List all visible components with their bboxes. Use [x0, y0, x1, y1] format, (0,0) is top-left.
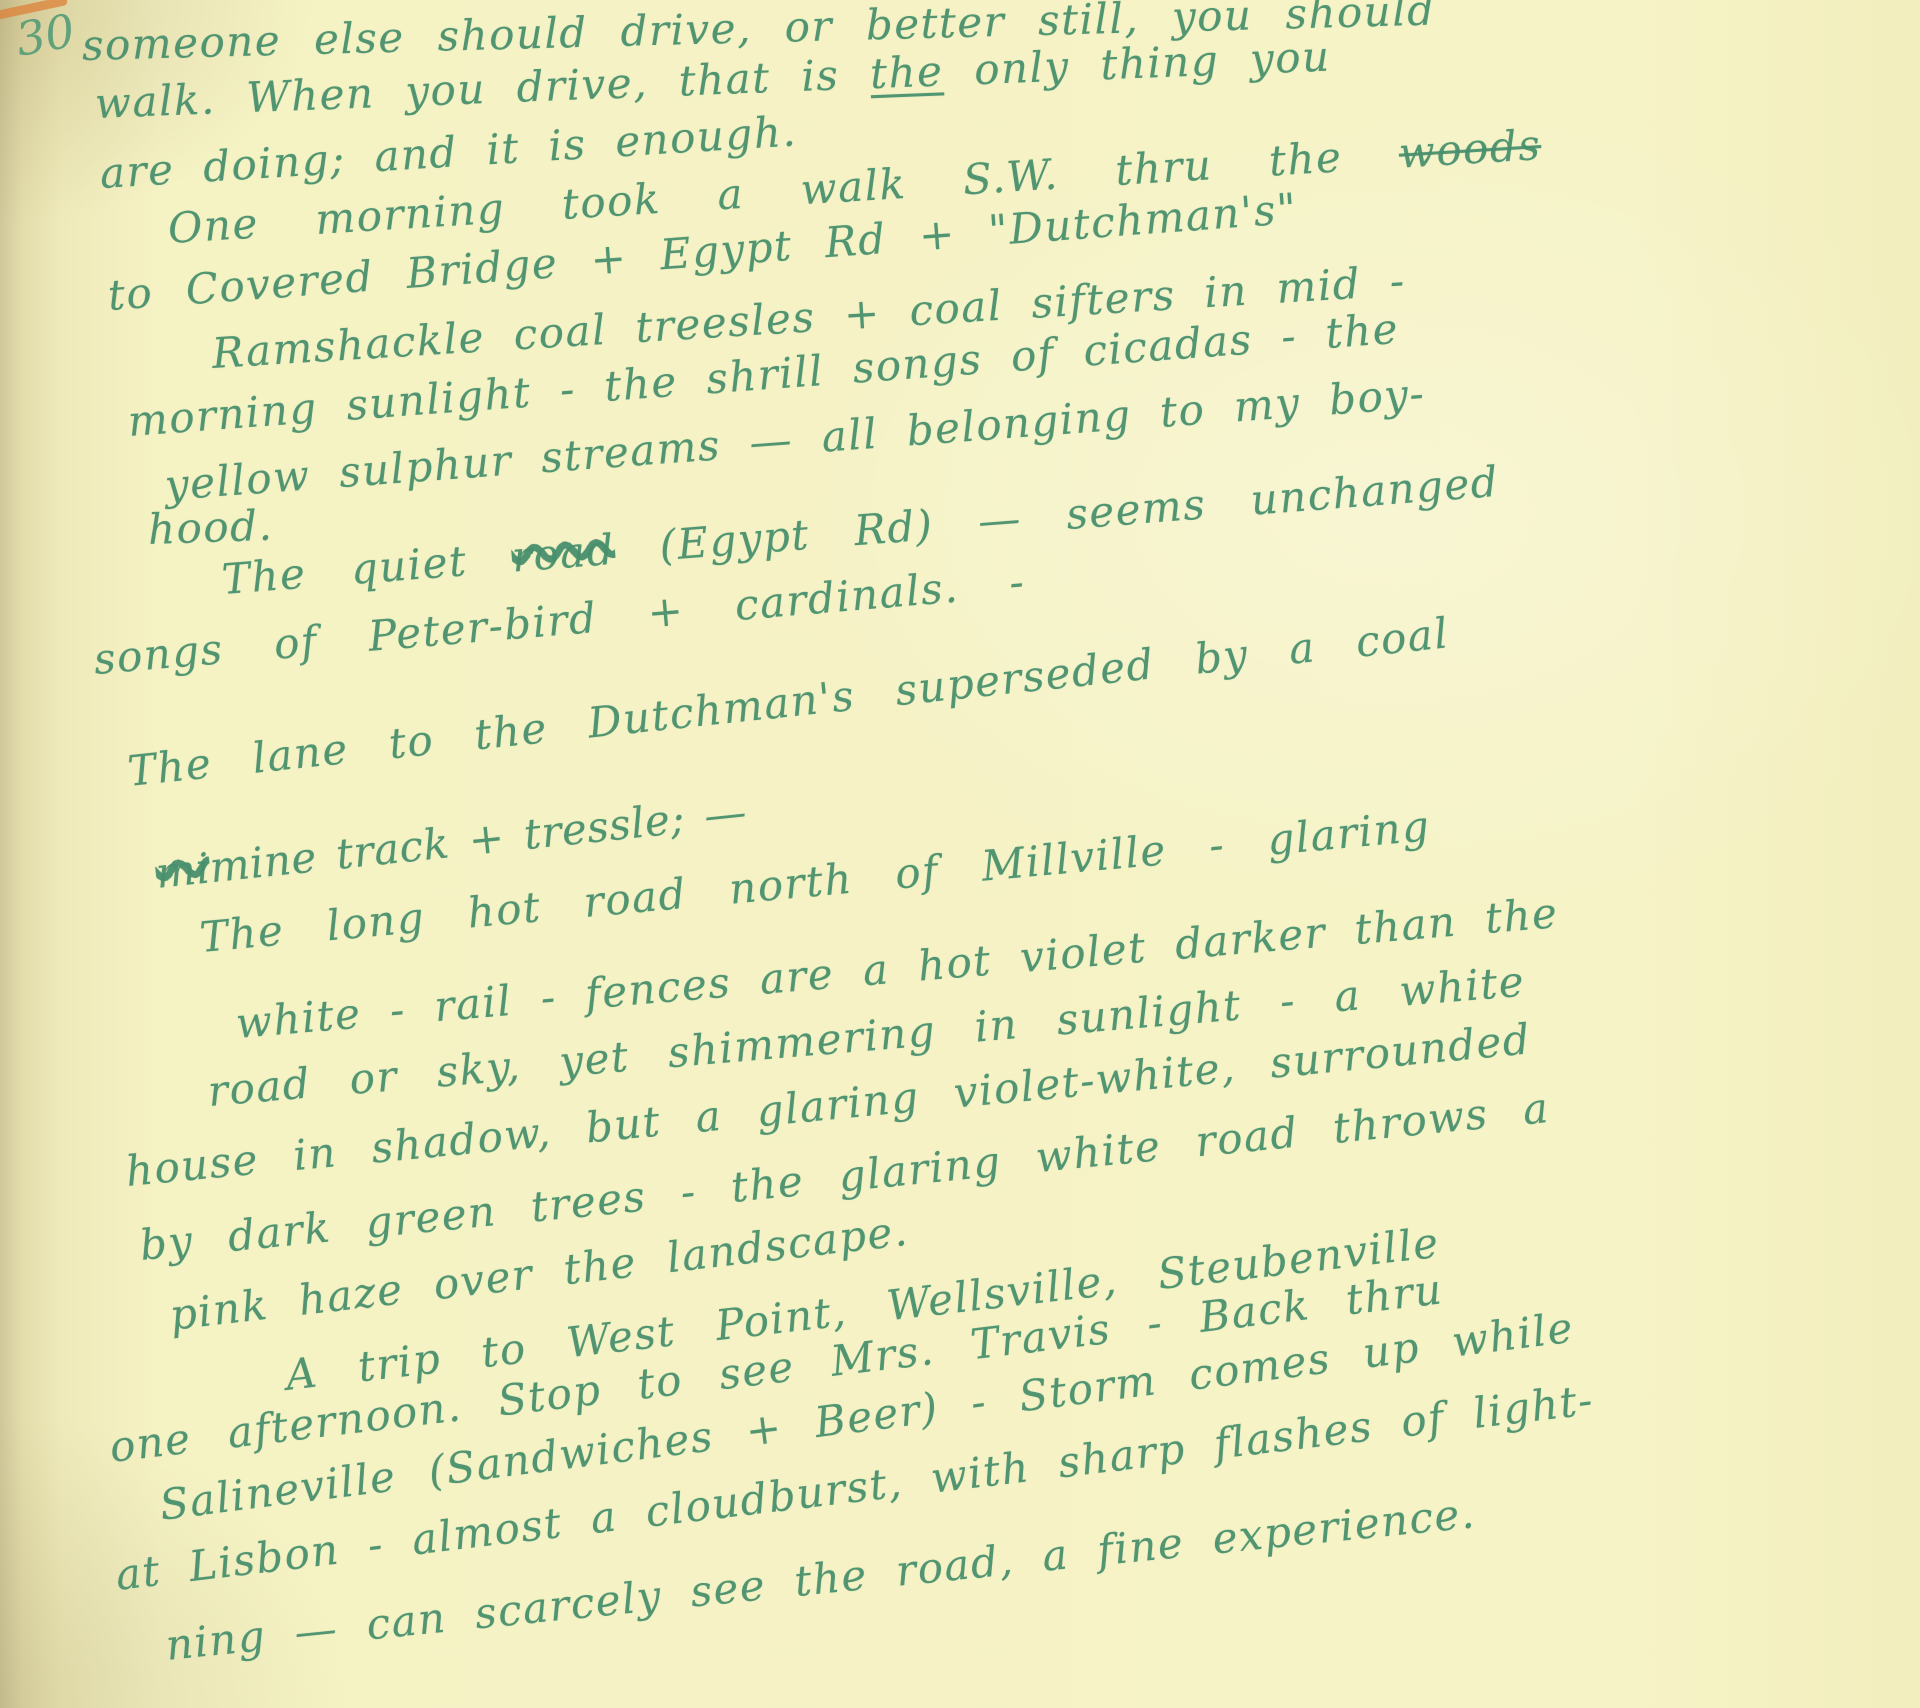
line-text: (Egypt Rd) — seems unchanged — [613, 457, 1501, 574]
journal-page: 30 someone else should drive, or better … — [0, 0, 1920, 1708]
underlined-word: the — [869, 46, 944, 98]
scribbled-word: road — [510, 525, 617, 582]
handwritten-line: hood. — [147, 502, 274, 555]
line-text: hood. — [147, 501, 274, 554]
page-number: 30 — [12, 3, 79, 66]
struck-word: woods — [1397, 120, 1542, 178]
scribbled-word: mi — [153, 843, 212, 897]
